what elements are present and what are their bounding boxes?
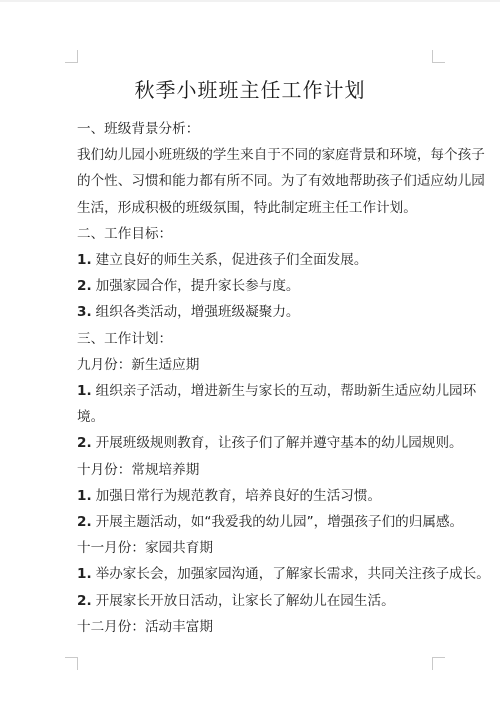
item-text: 组织各类活动，增强班级凝聚力。 (96, 304, 300, 320)
item-number: 2. (77, 435, 92, 451)
plan-item: 1.举办家长会，加强家园沟通，了解家长需求，共同关注孩子成长。 (77, 561, 437, 587)
goal-item: 2.加强家园合作，提升家长参与度。 (77, 273, 437, 299)
crop-mark-bottom-left (65, 657, 78, 670)
item-number: 1. (77, 488, 92, 504)
section-heading-goals: 二、工作目标： (77, 221, 437, 247)
page-top-edge (0, 0, 500, 2)
item-number: 1. (77, 252, 92, 268)
month-label-october: 十月份：常规培养期 (77, 457, 437, 483)
crop-mark-top-right (432, 50, 445, 63)
item-text: 开展主题活动，如“我爱我的幼儿园”，增强孩子们的归属感。 (96, 514, 464, 530)
plan-item: 2.开展班级规则教育，让孩子们了解并遵守基本的幼儿园规则。 (77, 430, 437, 456)
plan-item: 2.开展主题活动，如“我爱我的幼儿园”，增强孩子们的归属感。 (77, 509, 437, 535)
section-heading-plan: 三、工作计划： (77, 326, 437, 352)
paragraph-line: 的个性、习惯和能力都有所不同。为了有效地帮助孩子们适应幼儿园 (77, 168, 437, 194)
paragraph-line: 我们幼儿园小班班级的学生来自于不同的家庭背景和环境，每个孩子 (77, 142, 437, 168)
item-text: 举办家长会，加强家园沟通，了解家长需求，共同关注孩子成长。 (96, 566, 490, 582)
plan-item-continuation: 境。 (77, 404, 437, 430)
item-text: 开展班级规则教育，让孩子们了解并遵守基本的幼儿园规则。 (96, 435, 463, 451)
paragraph-line: 生活，形成积极的班级氛围，特此制定班主任工作计划。 (77, 195, 437, 221)
document-title: 秋季小班班主任工作计划 (0, 75, 500, 105)
item-text: 加强日常行为规范教育，培养良好的生活习惯。 (96, 488, 381, 504)
item-text: 建立良好的师生关系，促进孩子们全面发展。 (96, 252, 368, 268)
document-body: 一、班级背景分析： 我们幼儿园小班班级的学生来自于不同的家庭背景和环境，每个孩子… (77, 116, 437, 640)
plan-item: 2.开展家长开放日活动，让家长了解幼儿在园生活。 (77, 588, 437, 614)
crop-mark-top-left (65, 50, 78, 63)
item-text: 组织亲子活动，增进新生与家长的互动，帮助新生适应幼儿园环 (96, 383, 477, 399)
item-number: 3. (77, 304, 92, 320)
month-label-september: 九月份：新生适应期 (77, 352, 437, 378)
month-label-november: 十一月份：家园共育期 (77, 535, 437, 561)
item-number: 1. (77, 383, 92, 399)
goal-item: 3.组织各类活动，增强班级凝聚力。 (77, 299, 437, 325)
crop-mark-bottom-right (432, 657, 445, 670)
document-page: 秋季小班班主任工作计划 一、班级背景分析： 我们幼儿园小班班级的学生来自于不同的… (0, 0, 500, 717)
item-text: 开展家长开放日活动，让家长了解幼儿在园生活。 (96, 593, 395, 609)
item-number: 2. (77, 514, 92, 530)
item-text: 加强家园合作，提升家长参与度。 (96, 278, 300, 294)
goal-item: 1.建立良好的师生关系，促进孩子们全面发展。 (77, 247, 437, 273)
month-label-december: 十二月份：活动丰富期 (77, 614, 437, 640)
section-heading-background: 一、班级背景分析： (77, 116, 437, 142)
item-number: 2. (77, 593, 92, 609)
item-number: 2. (77, 278, 92, 294)
plan-item: 1.加强日常行为规范教育，培养良好的生活习惯。 (77, 483, 437, 509)
item-number: 1. (77, 566, 92, 582)
plan-item: 1.组织亲子活动，增进新生与家长的互动，帮助新生适应幼儿园环 (77, 378, 437, 404)
